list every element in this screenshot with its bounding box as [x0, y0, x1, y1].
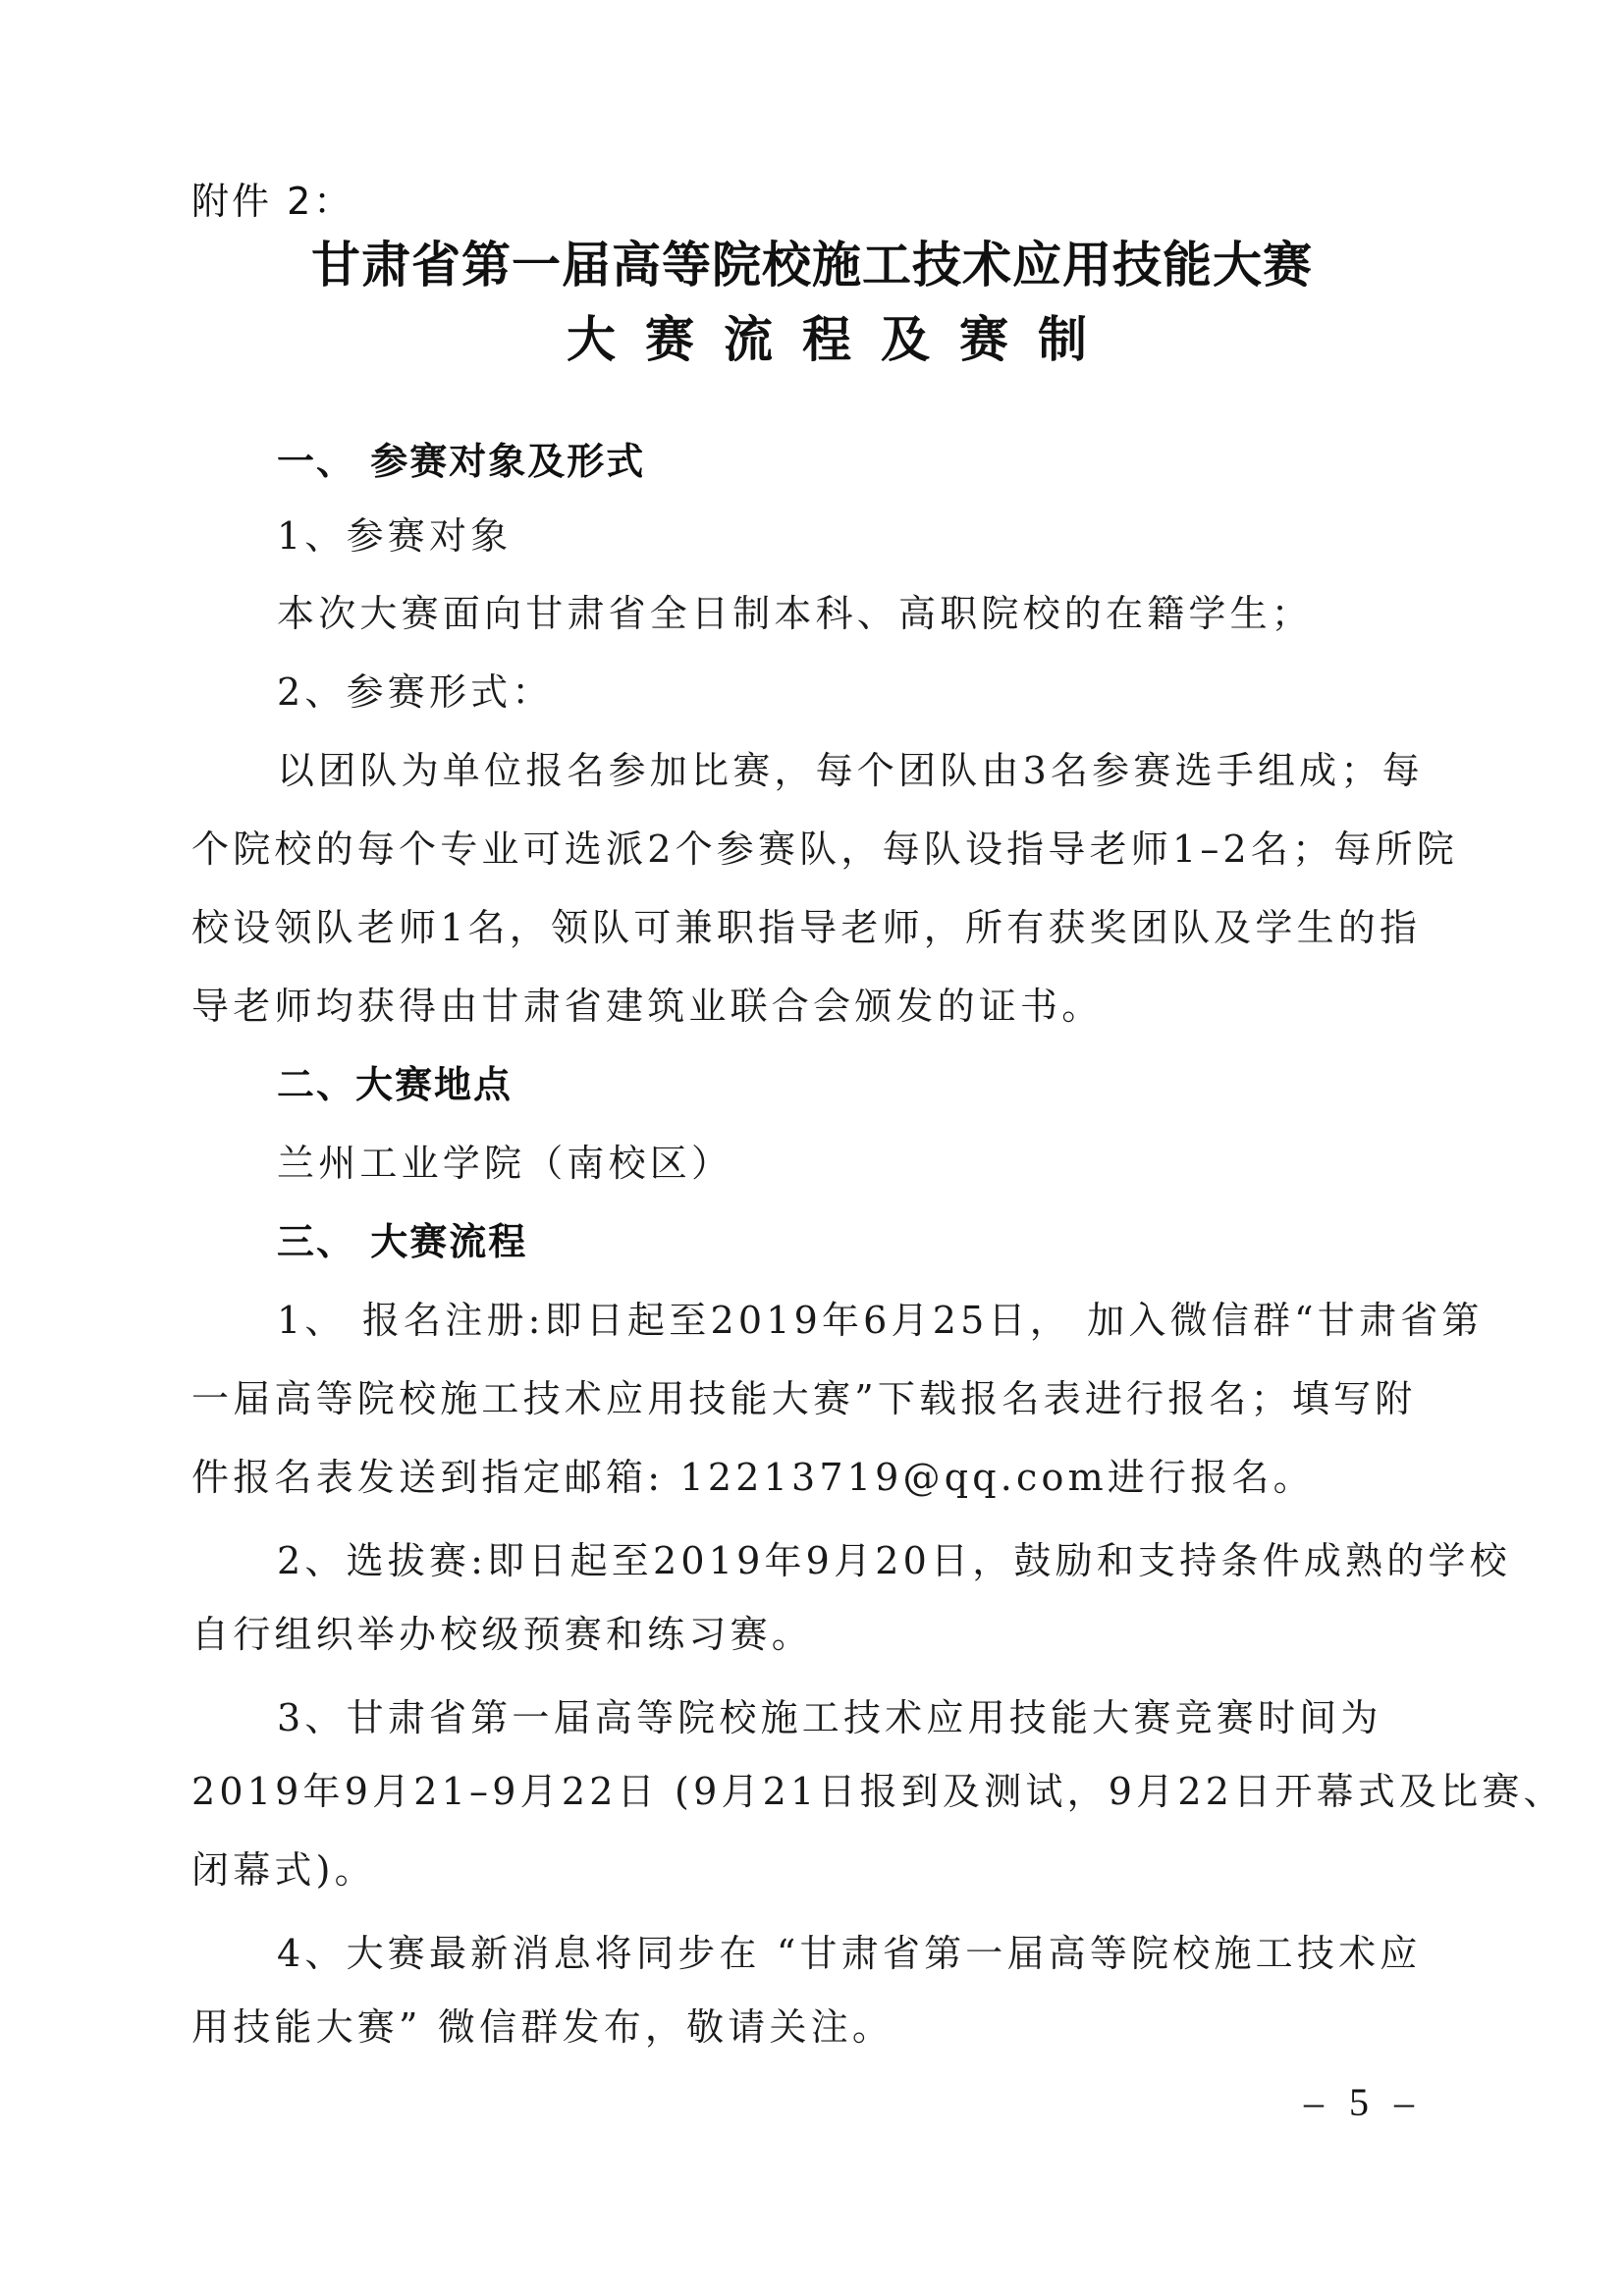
process-item-schedule: 3、甘肃省第一届高等院校施工技术应用技能大赛竞赛时间为 — [277, 1694, 1431, 1741]
process-item-selection: 2、选拔赛:即日起至2019年9月20日，鼓励和支持条件成熟的学校 — [277, 1537, 1431, 1584]
process-item-registration: 件报名表发送到指定邮箱: 12213719@qq.com进行报名。 — [191, 1454, 1431, 1501]
section-heading-3: 三、 大赛流程 — [277, 1218, 527, 1265]
subheading-format: 2、参赛形式： — [277, 668, 1431, 716]
process-item-news: 用技能大赛” 微信群发布，敬请关注。 — [191, 2003, 1431, 2051]
process-item-news: 4、大赛最新消息将同步在 “甘肃省第一届高等院校施工技术应 — [277, 1930, 1431, 1977]
process-item-registration: 1、 报名注册:即日起至2019年6月25日， 加入微信群“甘肃省第 — [277, 1297, 1431, 1344]
document-page: 附件 2： 甘肃省第一届高等院校施工技术应用技能大赛 大赛流程及赛制 一、 参赛… — [0, 0, 1624, 2296]
process-item-schedule: 闭幕式)。 — [191, 1846, 1431, 1894]
document-title-line1: 甘肃省第一届高等院校施工技术应用技能大赛 — [0, 236, 1624, 294]
section-heading-1: 一、 参赛对象及形式 — [277, 438, 645, 485]
process-item-registration: 一届高等院校施工技术应用技能大赛”下载报名表进行报名；填写附 — [191, 1375, 1431, 1422]
document-title-line2: 大赛流程及赛制 — [0, 310, 1624, 369]
paragraph-venue: 兰州工业学院（南校区） — [277, 1140, 1431, 1187]
paragraph-format-line: 个院校的每个专业可选派2个参赛队，每队设指导老师1–2名；每所院 — [191, 826, 1431, 873]
paragraph-format-line: 校设领队老师1名，领队可兼职指导老师，所有获奖团队及学生的指 — [191, 904, 1431, 951]
paragraph-format-line: 导老师均获得由甘肃省建筑业联合会颁发的证书。 — [191, 983, 1431, 1030]
process-item-schedule: 2019年9月21–9月22日 (9月21日报到及测试，9月22日开幕式及比赛、 — [191, 1768, 1431, 1815]
paragraph-participants: 本次大赛面向甘肃省全日制本科、高职院校的在籍学生； — [277, 590, 1431, 637]
paragraph-format-line: 以团队为单位报名参加比赛，每个团队由3名参赛选手组成；每 — [277, 747, 1431, 794]
process-item-selection: 自行组织举办校级预赛和练习赛。 — [191, 1611, 1431, 1658]
section-heading-2: 二、大赛地点 — [277, 1061, 513, 1108]
attachment-label: 附件 2： — [191, 177, 353, 226]
subheading-participants: 1、参赛对象 — [277, 512, 1431, 560]
page-number: – 5 – — [1304, 2079, 1422, 2126]
